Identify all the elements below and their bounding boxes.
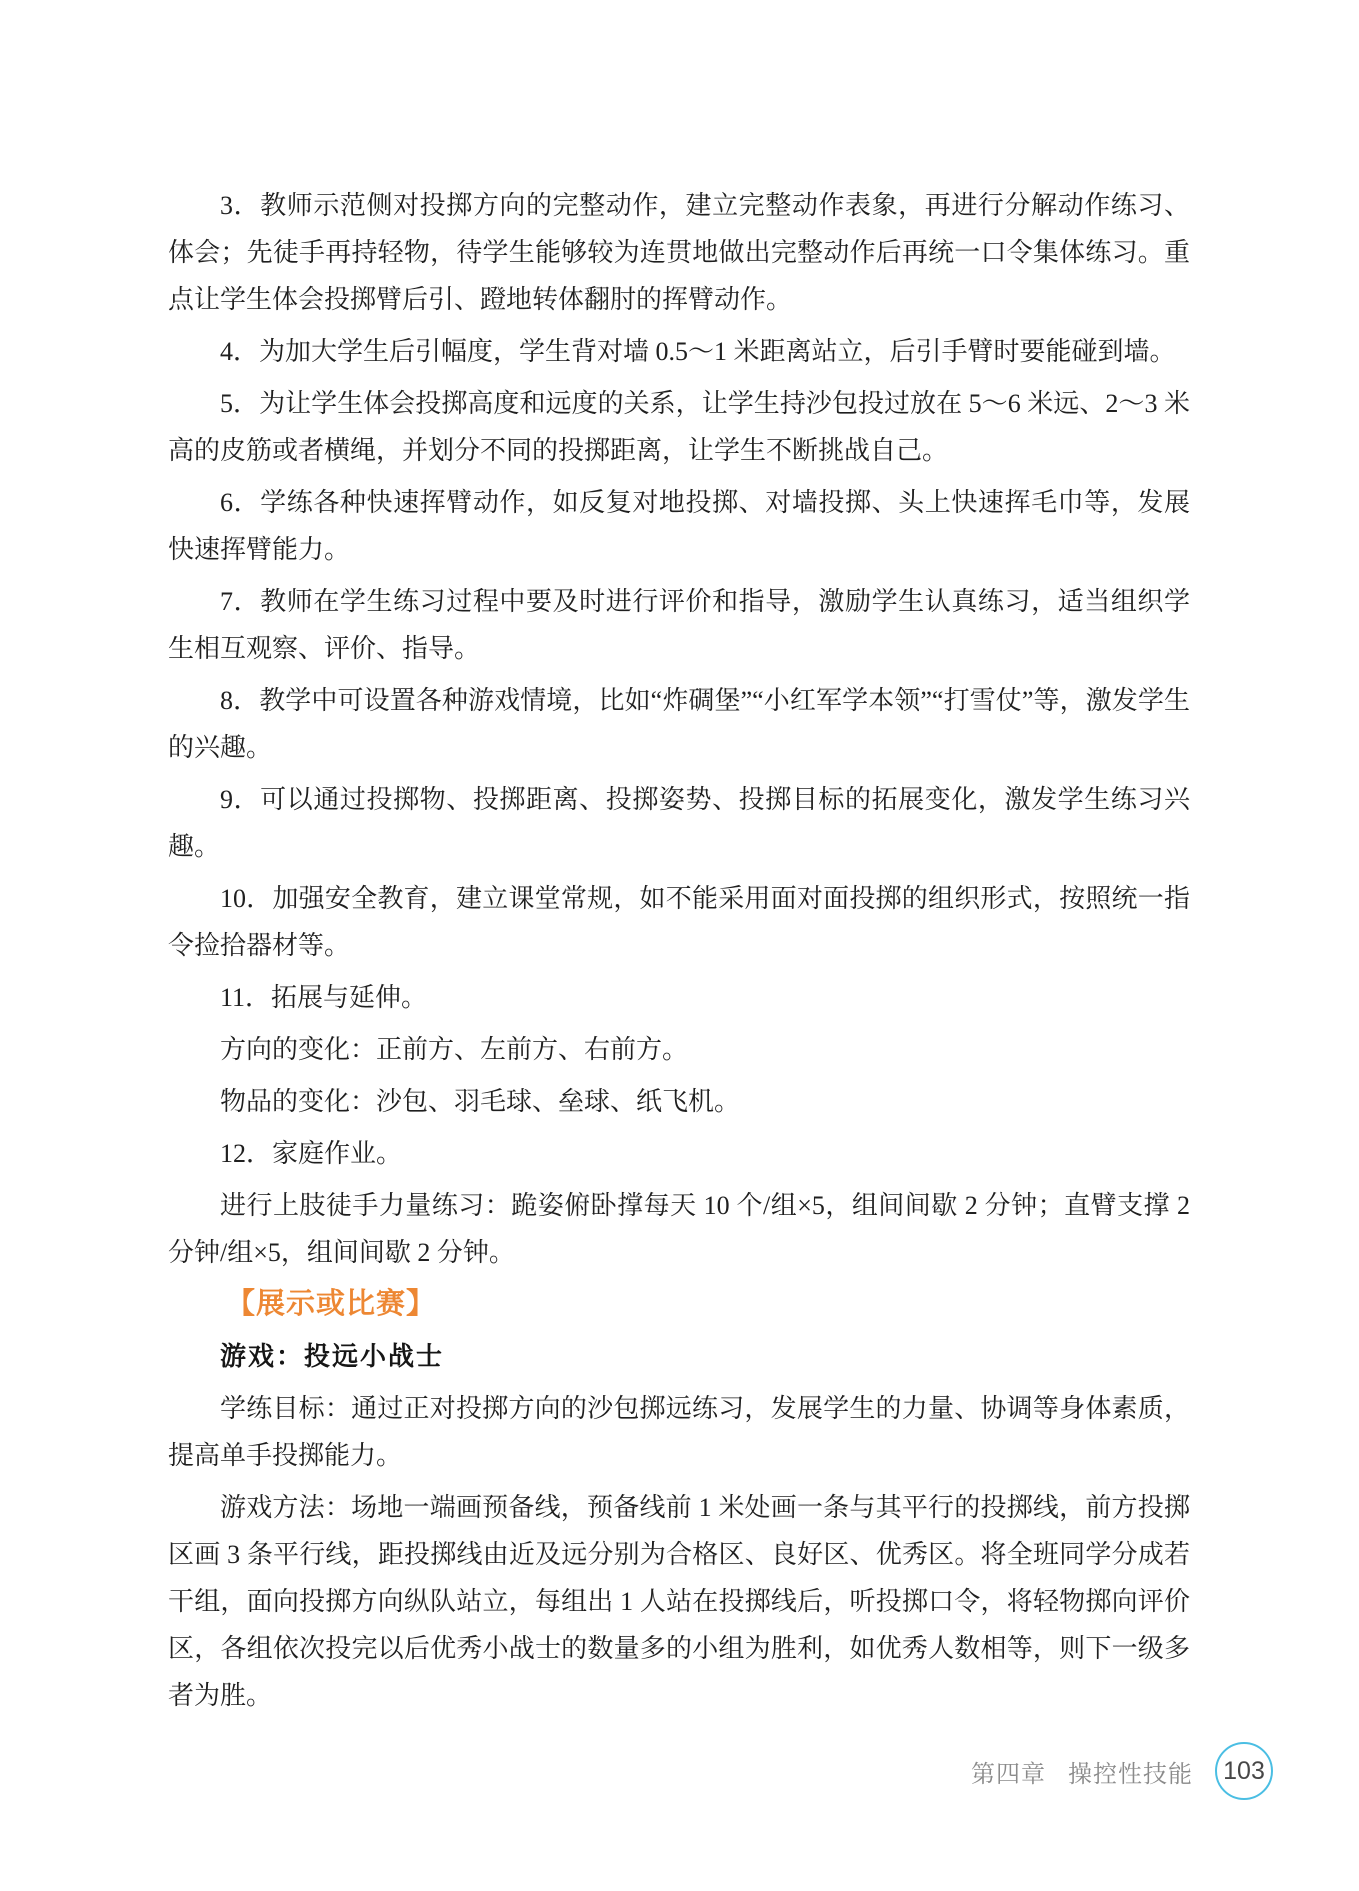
- game-title: 游戏：投远小战士: [168, 1333, 1190, 1380]
- paragraph-4: 4．为加大学生后引幅度，学生背对墙 0.5～1 米距离站立，后引手臂时要能碰到墙…: [168, 328, 1190, 375]
- section-header-show-or-compete: 【展示或比赛】: [168, 1281, 1190, 1328]
- footer-chapter-label: 第四章: [971, 1754, 1046, 1789]
- game-method-paragraph: 游戏方法：场地一端画预备线，预备线前 1 米处画一条与其平行的投掷线，前方投掷区…: [168, 1484, 1190, 1719]
- paragraph-9: 9．可以通过投掷物、投掷距离、投掷姿势、投掷目标的拓展变化，激发学生练习兴趣。: [168, 776, 1190, 870]
- page-number-badge: 103: [1215, 1742, 1273, 1800]
- paragraph-3: 3．教师示范侧对投掷方向的完整动作，建立完整动作表象，再进行分解动作练习、体会；…: [168, 182, 1190, 323]
- direction-variation-line: 方向的变化：正前方、左前方、右前方。: [168, 1026, 1190, 1073]
- paragraph-7: 7．教师在学生练习过程中要及时进行评价和指导，激励学生认真练习，适当组织学生相互…: [168, 578, 1190, 672]
- footer-section-label: 操控性技能: [1068, 1754, 1193, 1789]
- page-content: 3．教师示范侧对投掷方向的完整动作，建立完整动作表象，再进行分解动作练习、体会；…: [168, 182, 1190, 1724]
- homework-detail-line: 进行上肢徒手力量练习：跪姿俯卧撑每天 10 个/组×5，组间间歇 2 分钟；直臂…: [168, 1182, 1190, 1276]
- page-footer: 第四章 操控性技能 103: [971, 1742, 1273, 1800]
- learning-goal-paragraph: 学练目标：通过正对投掷方向的沙包掷远练习，发展学生的力量、协调等身体素质，提高单…: [168, 1385, 1190, 1479]
- paragraph-5: 5．为让学生体会投掷高度和远度的关系，让学生持沙包投过放在 5～6 米远、2～3…: [168, 380, 1190, 474]
- item-variation-line: 物品的变化：沙包、羽毛球、垒球、纸飞机。: [168, 1078, 1190, 1125]
- textbook-page: 3．教师示范侧对投掷方向的完整动作，建立完整动作表象，再进行分解动作练习、体会；…: [0, 0, 1359, 1891]
- paragraph-8: 8．教学中可设置各种游戏情境，比如“炸碉堡”“小红军学本领”“打雪仗”等，激发学…: [168, 677, 1190, 771]
- paragraph-6: 6．学练各种快速挥臂动作，如反复对地投掷、对墙投掷、头上快速挥毛巾等，发展快速挥…: [168, 479, 1190, 573]
- paragraph-10: 10．加强安全教育，建立课堂常规，如不能采用面对面投掷的组织形式，按照统一指令捡…: [168, 875, 1190, 969]
- paragraph-12: 12．家庭作业。: [168, 1130, 1190, 1177]
- paragraph-11: 11．拓展与延伸。: [168, 974, 1190, 1021]
